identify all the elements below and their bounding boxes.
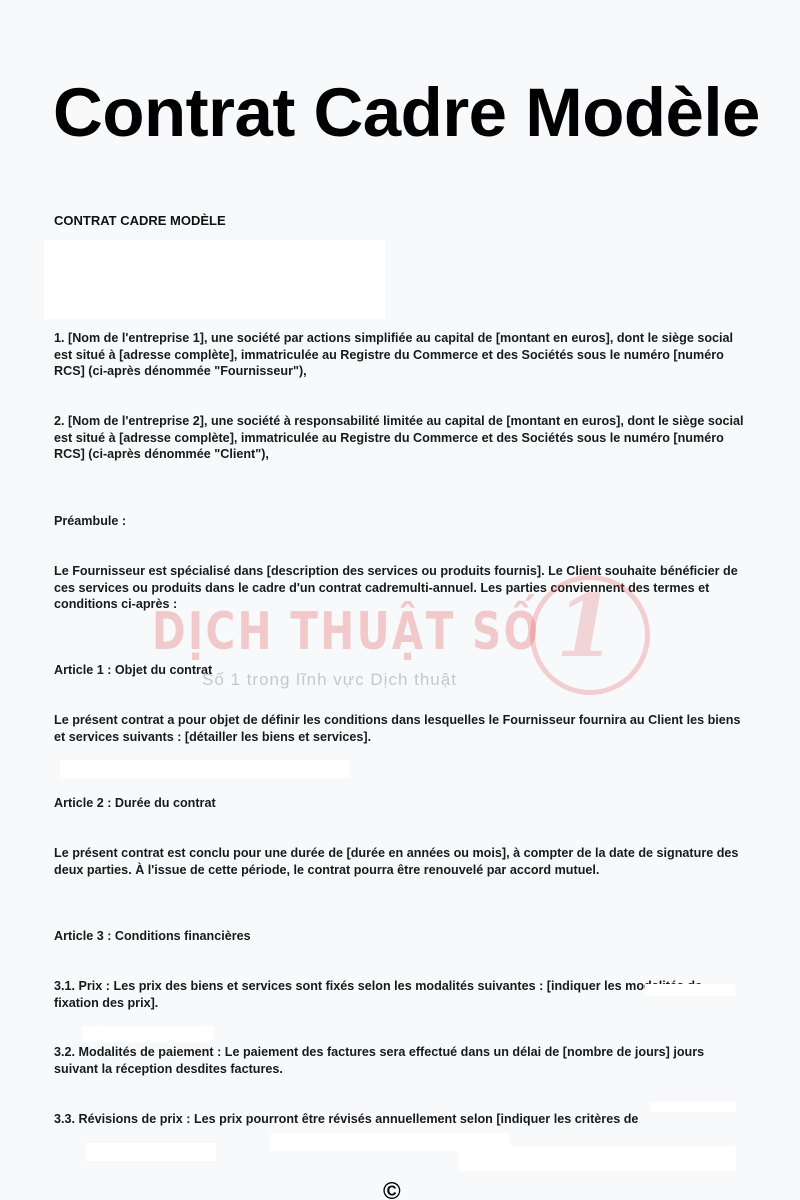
- article-3-2-paragraph: 3.2. Modalités de paiement : Le paiement…: [54, 1044, 744, 1077]
- article-3-3-paragraph: 3.3. Révisions de prix : Les prix pourro…: [54, 1111, 744, 1128]
- redaction-block: [86, 1143, 216, 1161]
- article-3-heading: Article 3 : Conditions financières: [54, 928, 744, 945]
- party-1-paragraph: 1. [Nom de l'entreprise 1], une société …: [54, 330, 744, 380]
- redaction-block: [645, 984, 735, 996]
- redaction-block: [44, 240, 385, 319]
- redaction-block: [458, 1146, 736, 1171]
- preamble-paragraph: Le Fournisseur est spécialisé dans [desc…: [54, 563, 744, 613]
- redaction-block: [82, 1026, 214, 1042]
- party-2-paragraph: 2. [Nom de l'entreprise 2], une société …: [54, 413, 744, 463]
- redaction-block: [650, 1102, 736, 1112]
- preamble-heading: Préambule :: [54, 513, 744, 530]
- article-2-paragraph: Le présent contrat est conclu pour une d…: [54, 845, 744, 878]
- article-3-1-paragraph: 3.1. Prix : Les prix des biens et servic…: [54, 978, 744, 1011]
- article-1-heading: Article 1 : Objet du contrat: [54, 662, 744, 679]
- copyright-icon: ©: [383, 1178, 401, 1200]
- document-heading: CONTRAT CADRE MODÈLE: [54, 213, 226, 228]
- article-2-heading: Article 2 : Durée du contrat: [54, 795, 744, 812]
- article-1-paragraph: Le présent contrat a pour objet de défin…: [54, 712, 744, 745]
- document-title: Contrat Cadre Modèle: [53, 78, 760, 147]
- redaction-block: [60, 760, 350, 778]
